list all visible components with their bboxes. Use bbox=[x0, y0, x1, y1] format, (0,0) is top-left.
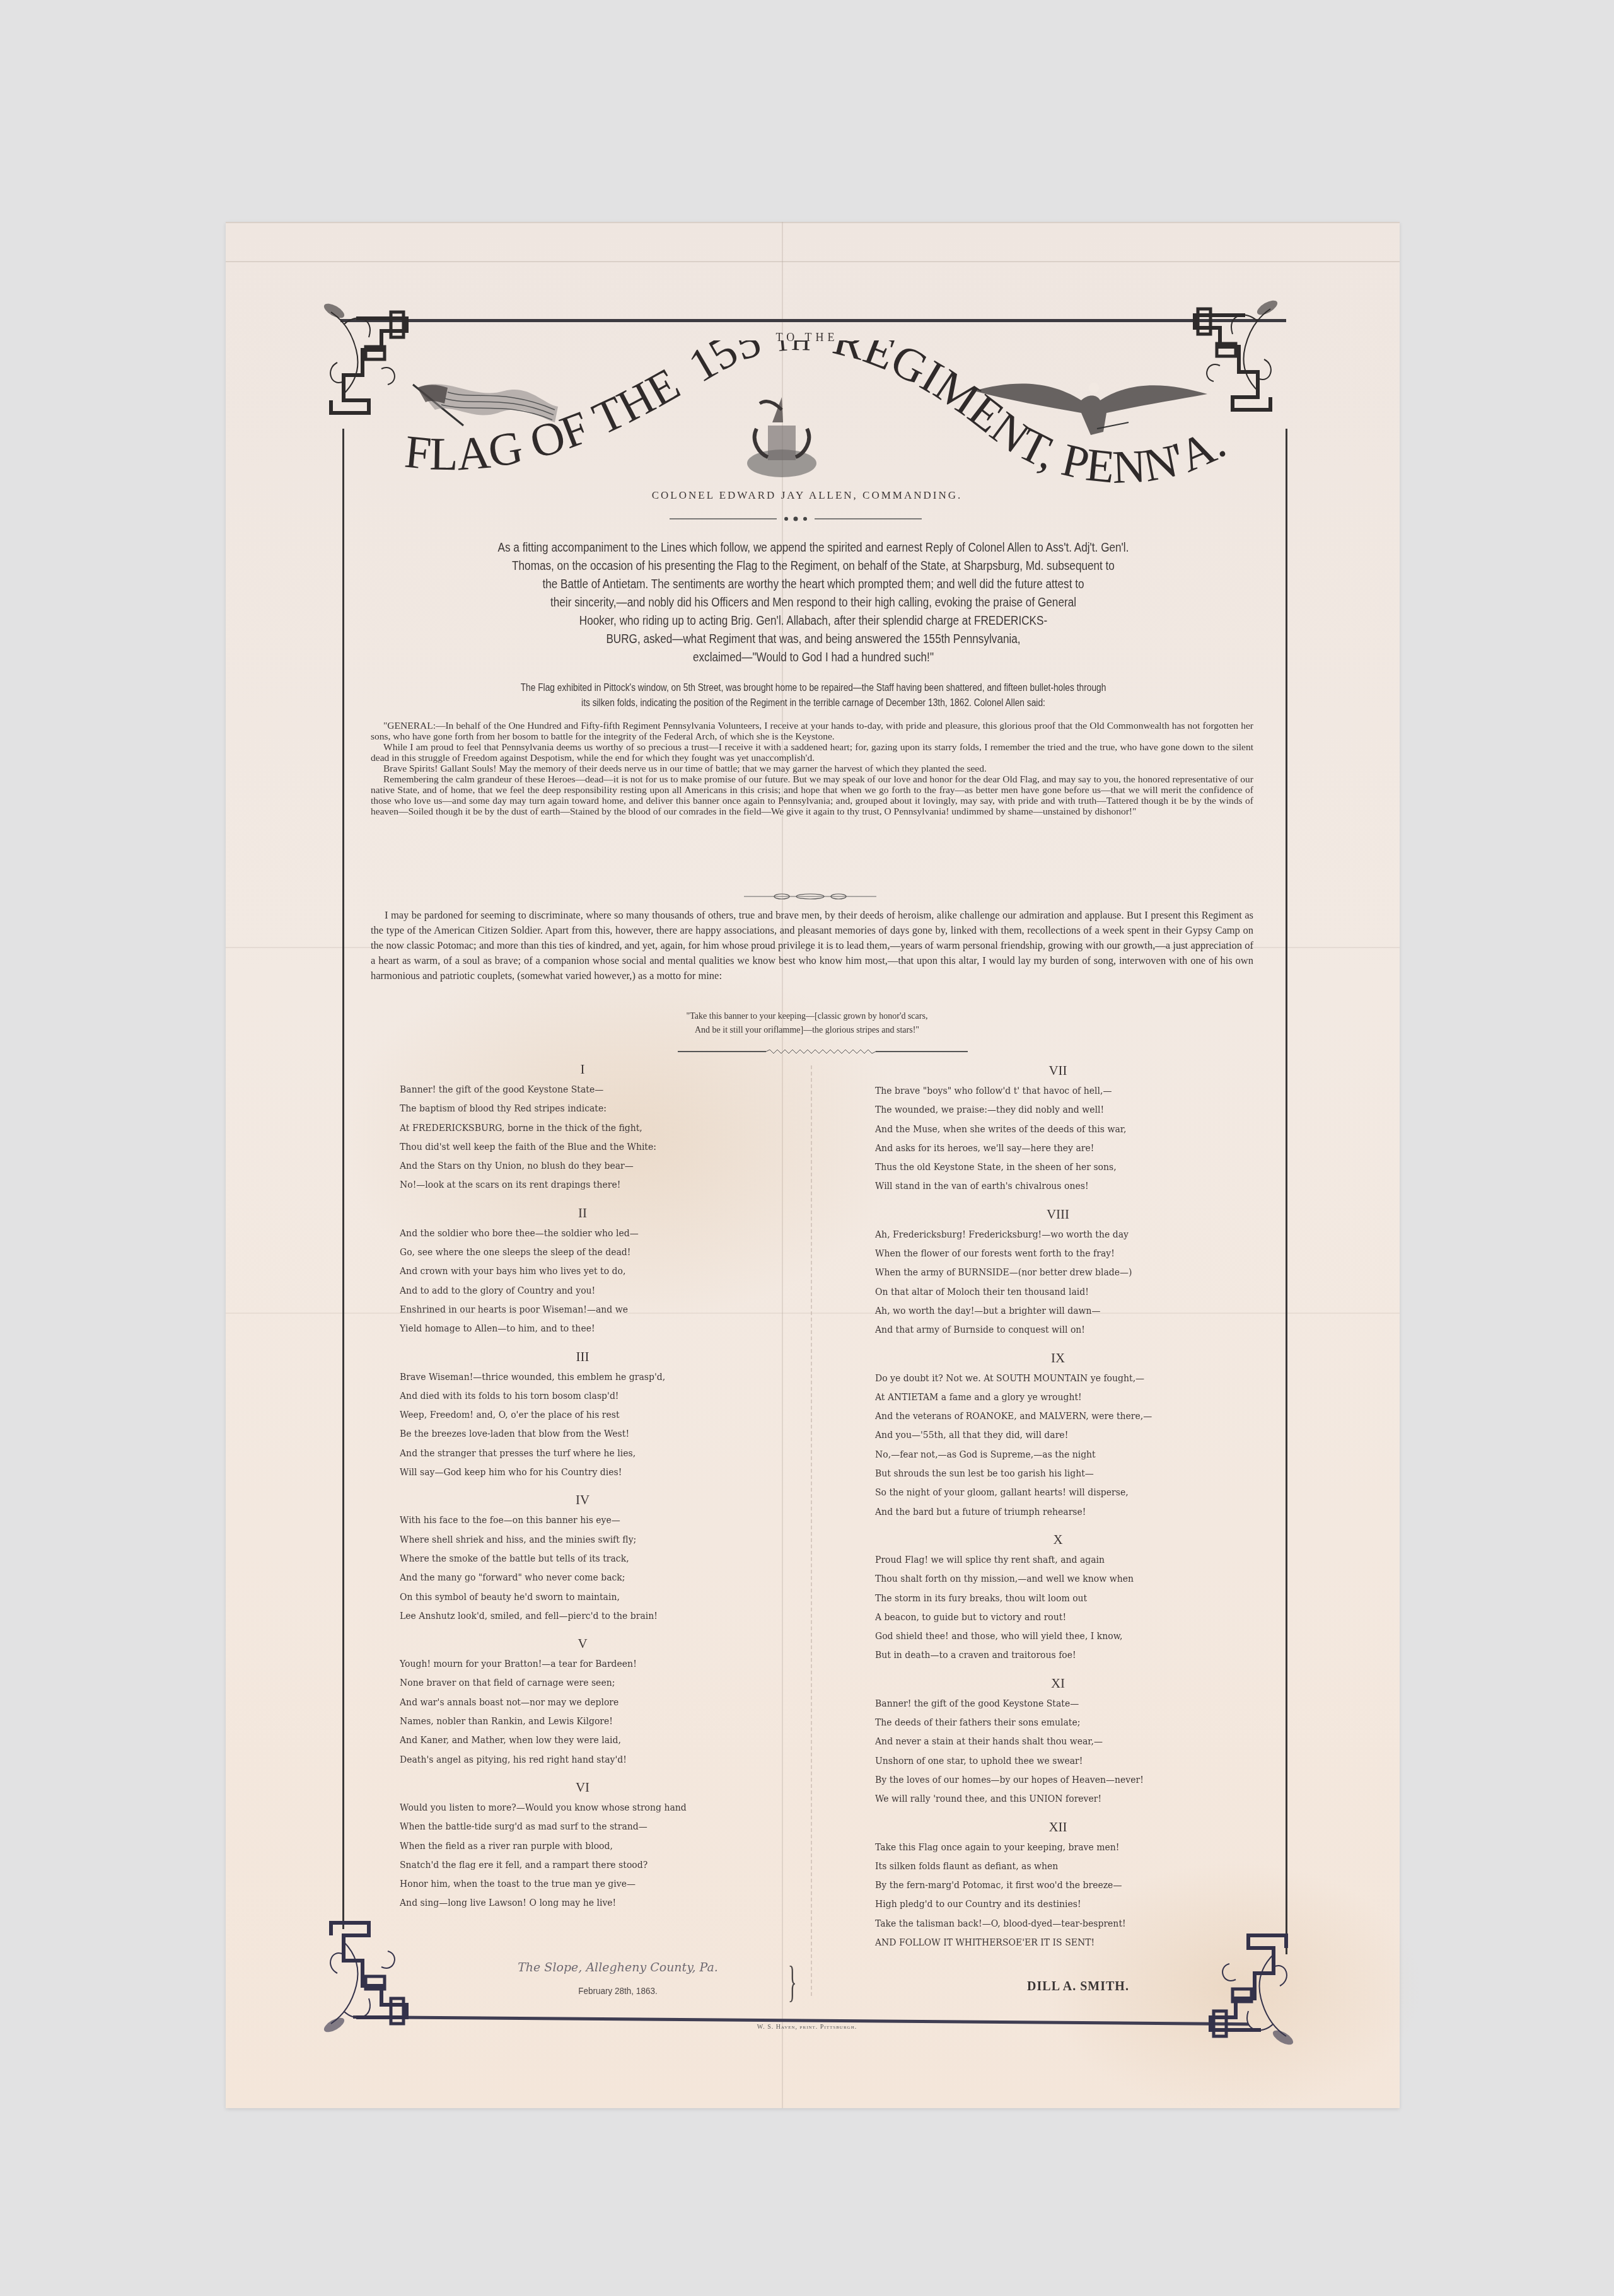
verse-line: God shield thee! and those, who will yie… bbox=[875, 1627, 1228, 1646]
divider-ornament-icon bbox=[670, 516, 922, 522]
intro-line: BURG, asked—what Regiment that was, and … bbox=[425, 630, 1202, 649]
verse-line: Yough! mourn for your Bratton!—a tear fo… bbox=[400, 1655, 753, 1674]
dedication-paragraph: I may be pardoned for seeming to discrim… bbox=[371, 908, 1253, 983]
stanza-number: V bbox=[400, 1635, 753, 1652]
verse-line: And never a stain at their hands shalt t… bbox=[875, 1732, 1228, 1751]
stanza-number: IV bbox=[400, 1491, 753, 1509]
intro-line: the Battle of Antietam. The sentiments a… bbox=[425, 576, 1202, 594]
verse-line: Will say—God keep him who for his Countr… bbox=[400, 1463, 753, 1482]
intro-line: exclaimed—"Would to God I had a hundred … bbox=[425, 649, 1202, 667]
flag-note-line: The Flag exhibited in Pittock's window, … bbox=[434, 681, 1193, 696]
stanza-number: IX bbox=[875, 1349, 1228, 1367]
verse-line: But shrouds the sun lest be too garish h… bbox=[875, 1464, 1228, 1483]
divider-ornament-icon bbox=[744, 893, 876, 900]
verse-line: When the army of BURNSIDE—(nor better dr… bbox=[875, 1263, 1228, 1282]
dedication-text: I may be pardoned for seeming to discrim… bbox=[371, 908, 1253, 983]
flag-note: The Flag exhibited in Pittock's window, … bbox=[434, 681, 1193, 711]
verse-line: Weep, Freedom! and, O, o'er the place of… bbox=[400, 1406, 753, 1425]
verse-line: And died with its folds to his torn boso… bbox=[400, 1387, 753, 1406]
verse-line: Honor him, when the toast to the true ma… bbox=[400, 1875, 753, 1894]
stanza-number: XI bbox=[875, 1674, 1228, 1692]
verse-line: We will rally 'round thee, and this UNIO… bbox=[875, 1790, 1228, 1809]
verse-line: The wounded, we praise:—they did nobly a… bbox=[875, 1101, 1228, 1120]
verse-line: Proud Flag! we will splice thy rent shaf… bbox=[875, 1551, 1228, 1570]
verse-line: AND FOLLOW IT WHITHERSOE'ER IT IS SENT! bbox=[875, 1934, 1228, 1952]
border-rule-left bbox=[342, 429, 344, 1929]
verse-line: Its silken folds flaunt as defiant, as w… bbox=[875, 1857, 1228, 1876]
verse-line: And the veterans of ROANOKE, and MALVERN… bbox=[875, 1407, 1228, 1426]
verse-line: By the loves of our homes—by our hopes o… bbox=[875, 1771, 1228, 1790]
verse-line: Thou shalt forth on thy mission,—and wel… bbox=[875, 1570, 1228, 1589]
motto-line: "Take this banner to your keeping—[class… bbox=[0, 1010, 1614, 1024]
stanza: VYough! mourn for your Bratton!—a tear f… bbox=[400, 1635, 753, 1770]
verse-line: And the Muse, when she writes of the dee… bbox=[875, 1120, 1228, 1139]
verse-line: Enshrined in our hearts is poor Wiseman!… bbox=[400, 1301, 753, 1319]
verse-line: Ah, wo worth the day!—but a brighter wil… bbox=[875, 1302, 1228, 1321]
verse-line: The storm in its fury breaks, thou wilt … bbox=[875, 1589, 1228, 1608]
verse-line: High pledg'd to our Country and its dest… bbox=[875, 1895, 1228, 1914]
verse-line: And Kaner, and Mather, when low they wer… bbox=[400, 1731, 753, 1750]
verse-line: Go, see where the one sleeps the sleep o… bbox=[400, 1243, 753, 1262]
verse-line: Thus the old Keystone State, in the shee… bbox=[875, 1158, 1228, 1177]
verse-line: Where the smoke of the battle but tells … bbox=[400, 1550, 753, 1568]
corner-ornament-icon bbox=[318, 1916, 432, 2036]
american-flag-icon bbox=[410, 378, 561, 429]
stanza: VIWould you listen to more?—Would you kn… bbox=[400, 1778, 753, 1913]
speech-paragraph: "GENERAL:—In behalf of the One Hundred a… bbox=[371, 721, 1253, 742]
verse-line: Names, nobler than Rankin, and Lewis Kil… bbox=[400, 1712, 753, 1731]
verse-line: Brave Wiseman!—thrice wounded, this embl… bbox=[400, 1368, 753, 1387]
verse-line: And the Stars on thy Union, no blush do … bbox=[400, 1157, 753, 1176]
verse-line: Will stand in the van of earth's chivalr… bbox=[875, 1177, 1228, 1196]
speech-paragraph: Remembering the calm grandeur of these H… bbox=[371, 774, 1253, 817]
column-divider bbox=[811, 1065, 812, 1998]
verse-line: At ANTIETAM a fame and a glory ye wrough… bbox=[875, 1388, 1228, 1407]
verse-line: Lee Anshutz look'd, smiled, and fell—pie… bbox=[400, 1607, 753, 1626]
verse-line: The deeds of their fathers their sons em… bbox=[875, 1713, 1228, 1732]
verse-line: And sing—long live Lawson! O long may he… bbox=[400, 1894, 753, 1913]
speech-paragraph: Brave Spirits! Gallant Souls! May the me… bbox=[371, 763, 1253, 774]
stanza-number: XII bbox=[875, 1818, 1228, 1836]
verse-line: And you—'55th, all that they did, will d… bbox=[875, 1426, 1228, 1445]
stanza: XProud Flag! we will splice thy rent sha… bbox=[875, 1531, 1228, 1666]
verse-line: Be the breezes love-laden that blow from… bbox=[400, 1425, 753, 1444]
stanza-number: III bbox=[400, 1348, 753, 1365]
paper-edge-fold bbox=[226, 222, 1400, 223]
verse-line: Thou did'st well keep the faith of the B… bbox=[400, 1138, 753, 1157]
verse-line: And that army of Burnside to conquest wi… bbox=[875, 1321, 1228, 1340]
intro-line: their sincerity,—and nobly did his Offic… bbox=[425, 594, 1202, 612]
verse-line: And crown with your bays him who lives y… bbox=[400, 1262, 753, 1281]
verse-line: And the stranger that presses the turf w… bbox=[400, 1444, 753, 1463]
verse-line: At FREDERICKSBURG, borne in the thick of… bbox=[400, 1119, 753, 1138]
stanza: IXDo ye doubt it? Not we. At SOUTH MOUNT… bbox=[875, 1349, 1228, 1522]
stanza-number: I bbox=[400, 1060, 753, 1078]
verse-line: Snatch'd the flag ere it fell, and a ram… bbox=[400, 1856, 753, 1875]
stanza: VIIIAh, Fredericksburg! Fredericksburg!—… bbox=[875, 1205, 1228, 1340]
title-superscript: TH bbox=[773, 340, 811, 358]
verse-line: Death's angel as pitying, his red right … bbox=[400, 1751, 753, 1770]
stanza-number: X bbox=[875, 1531, 1228, 1548]
verse-line: With his face to the foe—on this banner … bbox=[400, 1511, 753, 1530]
verse-line: Unshorn of one star, to uphold thee we s… bbox=[875, 1752, 1228, 1771]
eagle-icon bbox=[971, 375, 1210, 438]
stanza: IBanner! the gift of the good Keystone S… bbox=[400, 1060, 753, 1195]
stanza: XIBanner! the gift of the good Keystone … bbox=[875, 1674, 1228, 1809]
stanza-number: VI bbox=[400, 1778, 753, 1796]
intro-line: Hooker, who riding up to acting Brig. Ge… bbox=[425, 612, 1202, 630]
verse-line: And war's annals boast not—nor may we de… bbox=[400, 1693, 753, 1712]
verse-line: But in death—to a craven and traitorous … bbox=[875, 1646, 1228, 1665]
commanding-officer-line: COLONEL EDWARD JAY ALLEN, COMMANDING. bbox=[0, 489, 1614, 502]
verse-line: Ah, Fredericksburg! Fredericksburg!—wo w… bbox=[875, 1226, 1228, 1244]
date-line: February 28th, 1863. bbox=[504, 1986, 731, 1997]
verse-line: No,—fear not,—as God is Supreme,—as the … bbox=[875, 1446, 1228, 1464]
verse-line: The baptism of blood thy Red stripes ind… bbox=[400, 1099, 753, 1118]
verse-line: Banner! the gift of the good Keystone St… bbox=[875, 1695, 1228, 1713]
verse-line: And asks for its heroes, we'll say—here … bbox=[875, 1139, 1228, 1158]
border-rule-right bbox=[1286, 429, 1287, 1954]
verse-line: When the field as a river ran purple wit… bbox=[400, 1837, 753, 1856]
verse-line: No!—look at the scars on its rent drapin… bbox=[400, 1176, 753, 1195]
motto: "Take this banner to your keeping—[class… bbox=[0, 1010, 1614, 1038]
poem-left-column: IBanner! the gift of the good Keystone S… bbox=[400, 1060, 753, 1922]
title-number: 155 bbox=[680, 340, 767, 393]
verse-line: When the flower of our forests went fort… bbox=[875, 1244, 1228, 1263]
verse-line: None braver on that field of carnage wer… bbox=[400, 1674, 753, 1693]
intro-paragraph: As a fitting accompaniment to the Lines … bbox=[425, 539, 1202, 667]
verse-line: And the soldier who bore thee—the soldie… bbox=[400, 1224, 753, 1243]
motto-line: And be it still your oriflamme]—the glor… bbox=[0, 1024, 1614, 1038]
border-rule-top bbox=[340, 319, 1286, 322]
stanza: VIIThe brave "boys" who follow'd t' that… bbox=[875, 1062, 1228, 1197]
verse-line: Would you listen to more?—Would you know… bbox=[400, 1799, 753, 1818]
stanza: XIITake this Flag once again to your kee… bbox=[875, 1818, 1228, 1953]
divider-ornament-icon bbox=[678, 1049, 968, 1054]
stanza-number: VII bbox=[875, 1062, 1228, 1079]
verse-line: So the night of your gloom, gallant hear… bbox=[875, 1483, 1228, 1502]
stanza-number: II bbox=[400, 1204, 753, 1222]
verse-line: Yield homage to Allen—to him, and to the… bbox=[400, 1319, 753, 1338]
verse-line: And the many go "forward" who never come… bbox=[400, 1568, 753, 1587]
place-line: The Slope, Allegheny County, Pa. bbox=[492, 1961, 744, 1974]
verse-line: A beacon, to guide but to victory and ro… bbox=[875, 1608, 1228, 1627]
verse-line: And the bard but a future of triumph reh… bbox=[875, 1503, 1228, 1522]
printer-imprint: W. S. Haven, print. Pittsburgh. bbox=[0, 2024, 1614, 2031]
verse-line: Do ye doubt it? Not we. At SOUTH MOUNTAI… bbox=[875, 1369, 1228, 1388]
intro-line: Thomas, on the occasion of his presentin… bbox=[425, 557, 1202, 576]
stanza-number: VIII bbox=[875, 1205, 1228, 1223]
verse-line: On this symbol of beauty he'd sworn to m… bbox=[400, 1588, 753, 1607]
stanza: IIIBrave Wiseman!—thrice wounded, this e… bbox=[400, 1348, 753, 1483]
verse-line: The brave "boys" who follow'd t' that ha… bbox=[875, 1082, 1228, 1101]
stanza: IVWith his face to the foe—on this banne… bbox=[400, 1491, 753, 1626]
top-fold-crease bbox=[226, 261, 1400, 262]
verse-line: On that altar of Moloch their ten thousa… bbox=[875, 1283, 1228, 1302]
verse-line: By the fern-marg'd Potomac, it first woo… bbox=[875, 1876, 1228, 1895]
stanza: IIAnd the soldier who bore thee—the sold… bbox=[400, 1204, 753, 1339]
verse-line: Where shell shriek and hiss, and the min… bbox=[400, 1531, 753, 1550]
coat-of-arms-icon bbox=[744, 391, 820, 479]
brace-icon: } bbox=[788, 1961, 796, 2005]
intro-line: As a fitting accompaniment to the Lines … bbox=[425, 539, 1202, 557]
colonel-allen-speech: "GENERAL:—In behalf of the One Hundred a… bbox=[371, 721, 1253, 817]
poem-right-column: VIIThe brave "boys" who follow'd t' that… bbox=[875, 1062, 1228, 1961]
verse-line: Take this Flag once again to your keepin… bbox=[875, 1838, 1228, 1857]
flag-note-line: its silken folds, indicating the positio… bbox=[434, 696, 1193, 711]
speech-paragraph: While I am proud to feel that Pennsylvan… bbox=[371, 742, 1253, 763]
verse-line: When the battle-tide surg'd as mad surf … bbox=[400, 1818, 753, 1836]
verse-line: Take the talisman back!—O, blood-dyed—te… bbox=[875, 1915, 1228, 1934]
author-signature: DILL A. SMITH. bbox=[984, 1980, 1173, 1994]
verse-line: Banner! the gift of the good Keystone St… bbox=[400, 1081, 753, 1099]
verse-line: And to add to the glory of Country and y… bbox=[400, 1282, 753, 1301]
